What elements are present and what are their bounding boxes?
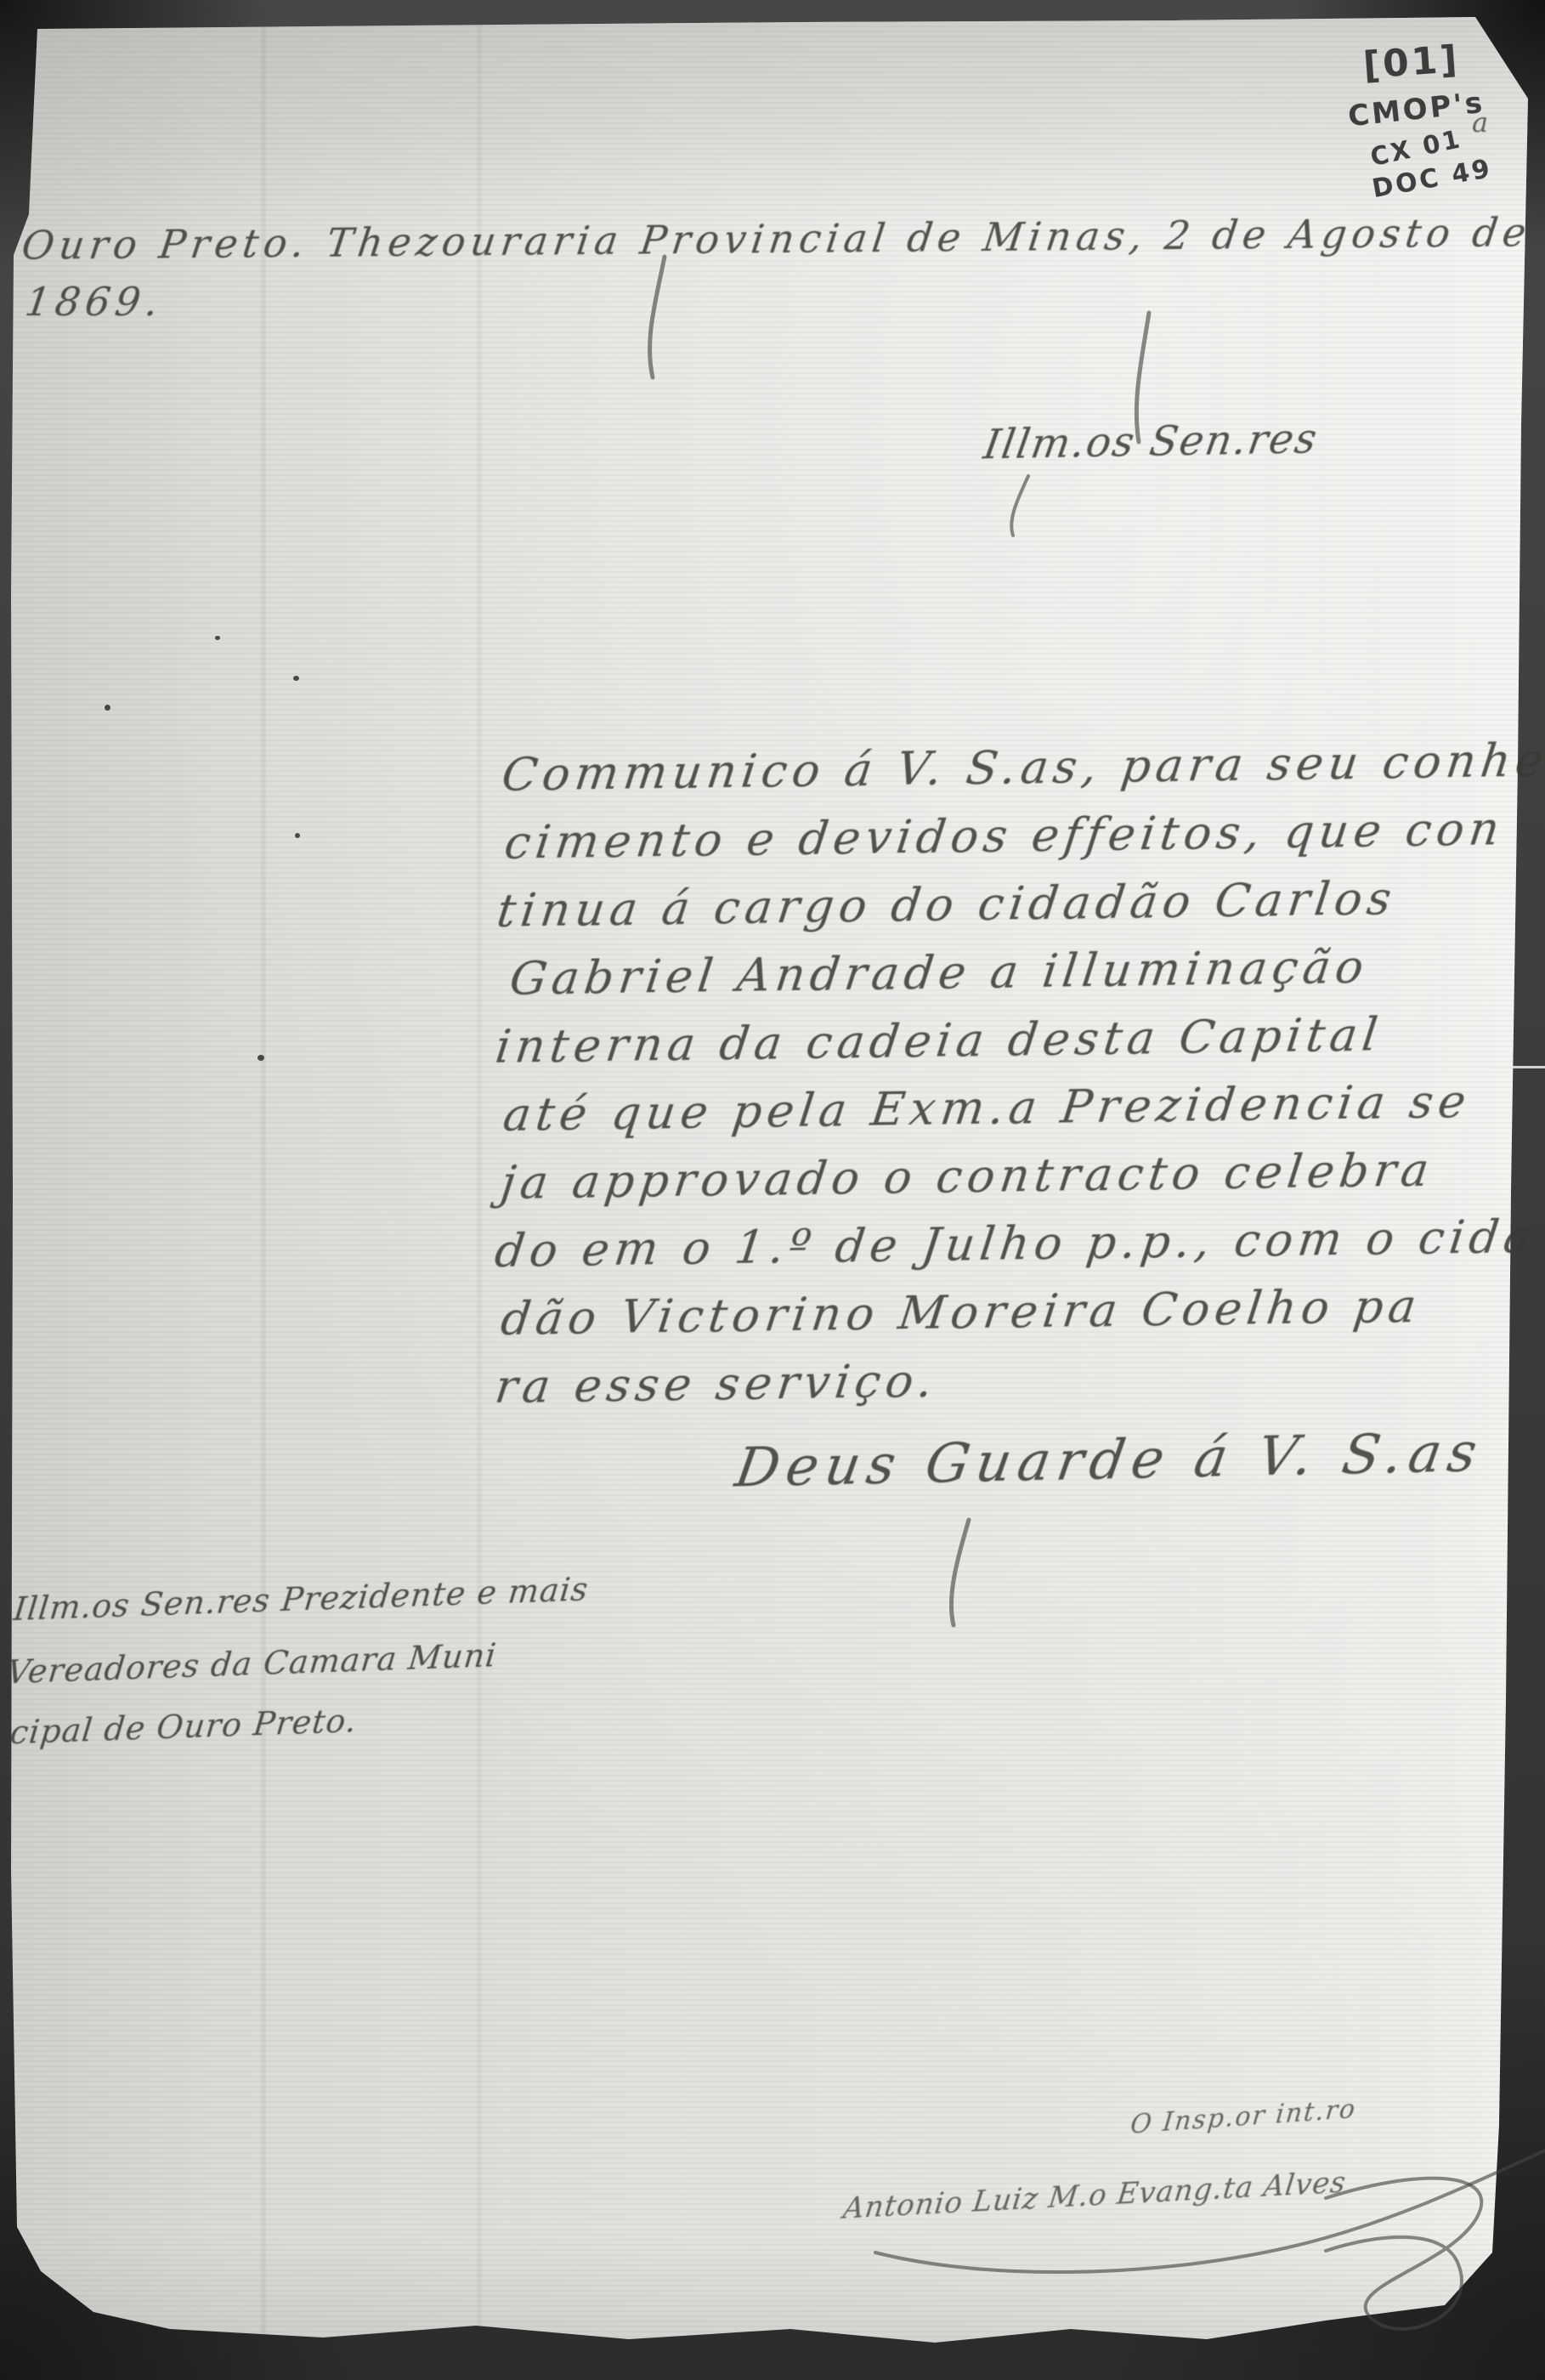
salutation: Illm.os Sen.res xyxy=(981,419,1321,466)
annotation-ref-number: [01] xyxy=(1362,41,1461,85)
ink-speck xyxy=(215,636,220,640)
dateline-year: 1869. xyxy=(23,282,166,321)
ink-speck xyxy=(295,833,300,838)
stray-ink-mark: a xyxy=(1472,109,1488,136)
ink-speck xyxy=(105,705,110,711)
body-line: ja approvado o contracto celebra xyxy=(498,1145,1545,1205)
body-line: Communico á V. S.as, para seu conhe xyxy=(500,737,1545,797)
film-edge-hairline xyxy=(1489,1066,1545,1068)
dateline: Ouro Preto. Thezouraria Provincial de Mi… xyxy=(20,212,1533,265)
body-line: até que pela Exm.a Prezidencia se xyxy=(501,1077,1545,1137)
body-line: do em o 1.º de Julho p.p., com o cida xyxy=(492,1213,1545,1274)
valediction: Deus Guarde á V. S.as xyxy=(732,1425,1487,1496)
body-line: interna da cadeia desta Capital xyxy=(493,1009,1545,1069)
scan-background: [01] CMOP's CX 01 DOC 49 Ouro Preto. The… xyxy=(0,0,1545,2380)
ink-speck xyxy=(293,676,299,681)
body-line: Gabriel Andrade a illuminação xyxy=(507,941,1545,1001)
ink-speck xyxy=(257,1055,264,1061)
body-line: dão Victorino Moreira Coelho pa xyxy=(499,1281,1545,1341)
body-paragraph: Communico á V. S.as, para seu conhe cime… xyxy=(495,737,1545,1409)
body-line: cimento e devidos effeitos, que con xyxy=(502,805,1545,865)
body-line: tinua á cargo do cidadão Carlos xyxy=(495,873,1545,933)
